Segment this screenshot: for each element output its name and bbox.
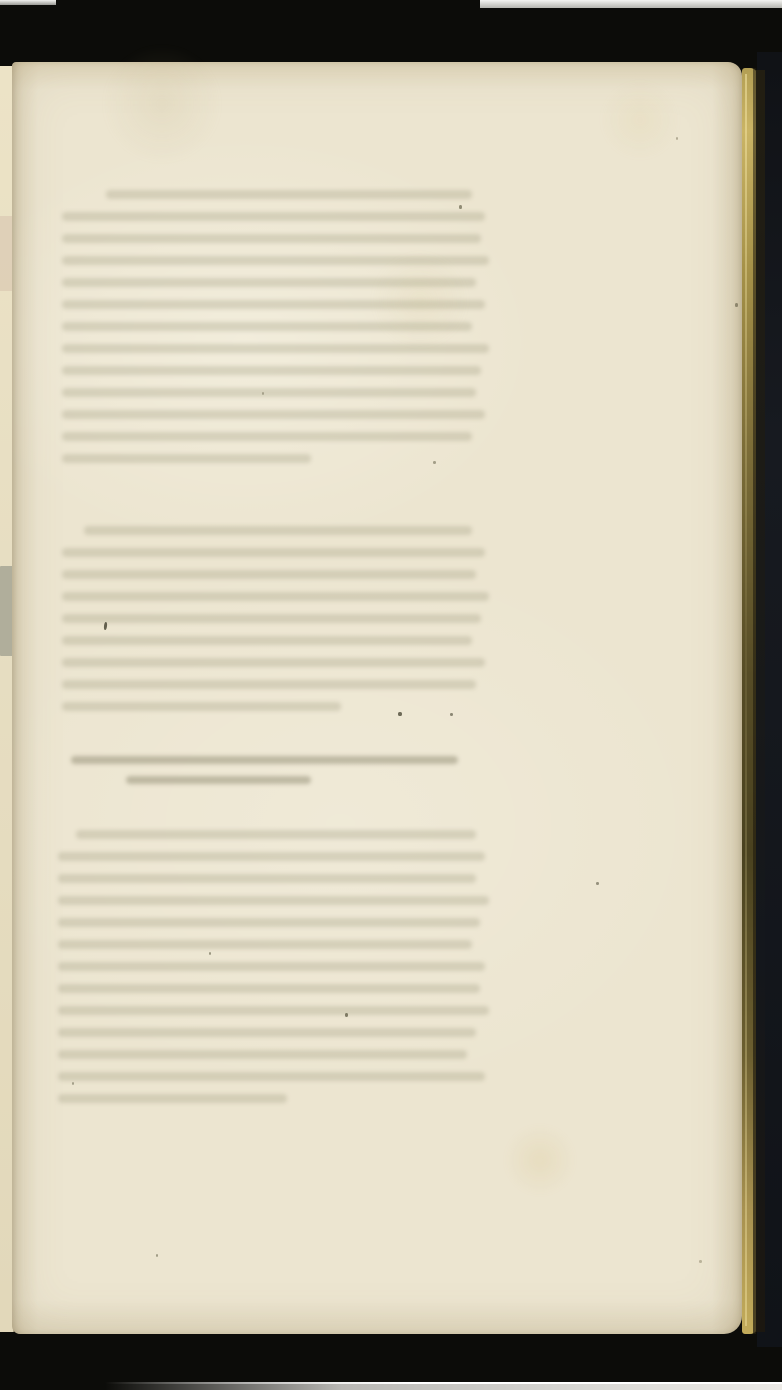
ghost-text-line: [84, 526, 472, 535]
ghost-text-line: [62, 454, 311, 463]
foxing-stain: [504, 1124, 576, 1196]
ghost-text-line: [58, 984, 480, 993]
ink-speck: [262, 392, 264, 395]
ink-speck: [459, 205, 462, 209]
ghost-text-line: [76, 830, 476, 839]
scanner-bed-strip: [105, 1382, 782, 1390]
foxing-stain: [370, 250, 470, 350]
ghost-text-line: [58, 896, 489, 905]
ink-speck: [735, 303, 738, 307]
ink-speck: [398, 712, 402, 716]
gilt-edge-shadow: [756, 70, 765, 1332]
ghost-text-line: [58, 1006, 489, 1015]
ghost-text-line: [62, 234, 481, 243]
ghost-text-line: [62, 614, 481, 623]
ghost-text-line: [62, 702, 341, 711]
ghost-text-line: [58, 1094, 287, 1103]
ghost-text-line: [62, 548, 485, 557]
ghost-text-line: [62, 658, 485, 667]
ink-speck: [433, 461, 436, 464]
ghost-text-line: [58, 918, 480, 927]
ghost-text-line: [62, 410, 485, 419]
ink-speck: [345, 1013, 348, 1017]
ghost-text-line: [58, 940, 472, 949]
ghost-text-line: [62, 388, 476, 397]
ghost-text-line: [62, 432, 472, 441]
ink-speck: [156, 1254, 158, 1257]
scan-artifact-top-right: [480, 0, 782, 8]
ghost-text-line: [58, 1072, 485, 1081]
showthrough-paragraph-2: [62, 526, 498, 724]
foxing-stain: [102, 44, 222, 164]
ink-speck: [699, 1260, 702, 1263]
ghost-text-line: [62, 680, 476, 689]
ghost-text-line: [58, 962, 485, 971]
foxing-stain: [600, 80, 680, 160]
ink-speck: [596, 882, 599, 885]
ghost-text-line: [71, 756, 457, 764]
ghost-text-line: [62, 636, 472, 645]
ghost-text-line: [126, 776, 311, 784]
ghost-text-line: [62, 366, 481, 375]
ink-speck: [676, 137, 678, 140]
ghost-text-line: [58, 852, 485, 861]
ghost-text-line: [62, 570, 476, 579]
ink-speck: [72, 1082, 74, 1085]
showthrough-paragraph-3: [58, 830, 498, 1116]
ghost-text-line: [58, 874, 476, 883]
ghost-text-line: [106, 190, 472, 199]
ghost-text-line: [62, 212, 485, 221]
ink-speck: [209, 952, 211, 955]
ghost-text-line: [58, 1050, 467, 1059]
ink-speck: [450, 713, 453, 716]
ghost-text-line: [62, 592, 489, 601]
book-page: [12, 62, 742, 1334]
ghost-text-line: [58, 1028, 476, 1037]
scan-artifact-top-left: [0, 0, 56, 5]
book-scan: [0, 0, 782, 1390]
showthrough-heading: [67, 756, 487, 796]
